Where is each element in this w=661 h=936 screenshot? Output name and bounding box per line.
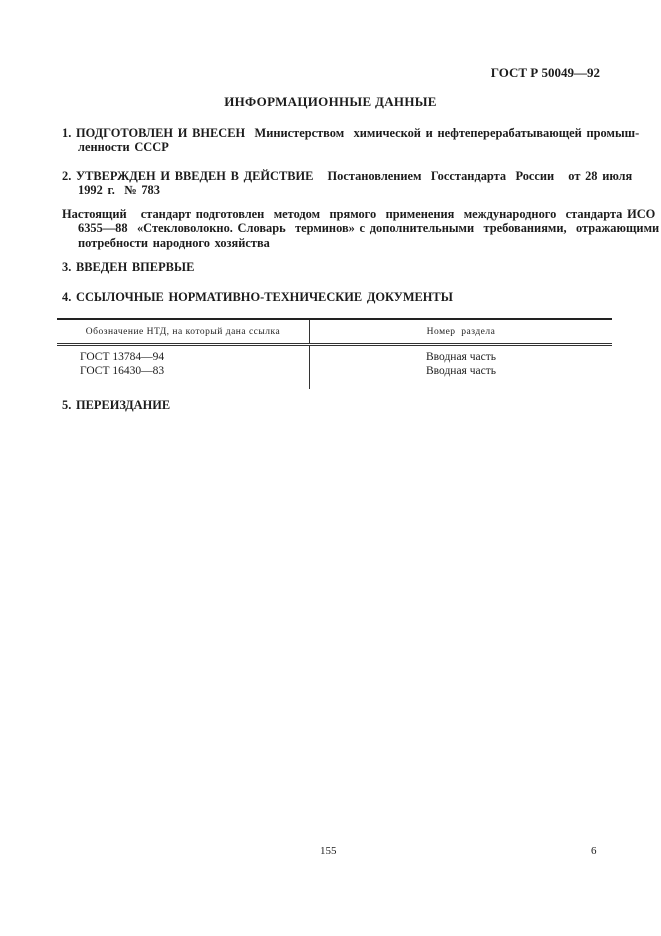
table-header-section: Номер раздела [310, 320, 612, 343]
item-3-introduced: 3. ВВЕДЕН ВПЕРВЫЕ [62, 260, 621, 274]
page-number: 155 [320, 845, 337, 857]
table-cell-ntd: ГОСТ 16430—83 [57, 364, 310, 378]
doc-code: ГОСТ Р 50049—92 [491, 65, 600, 81]
table-cell-ntd: ГОСТ 13784—94 [57, 346, 310, 364]
iso-note-line-3: потребности народного хозяйства [78, 236, 621, 250]
item-2-line-2: 1992 г. № 783 [78, 183, 621, 197]
table-spacer-row [57, 378, 612, 389]
sheet-number: 6 [591, 845, 597, 857]
table-header-row: Обозначение НТД, на который дана ссылка … [57, 320, 612, 346]
iso-note-line-2: 6355—88 «Стекловолокно. Словарь терминов… [78, 221, 621, 235]
table-spacer-cell [310, 378, 612, 389]
item-4-references-heading: 4. ССЫЛОЧНЫЕ НОРМАТИВНО-ТЕХНИЧЕСКИЕ ДОКУ… [62, 290, 621, 304]
document-page: ГОСТ Р 50049—92 ИНФОРМАЦИОННЫЕ ДАННЫЕ 1.… [0, 0, 661, 936]
iso-note-line-1: Настоящий стандарт подготовлен методом п… [62, 207, 621, 221]
item-1-prepared: 1. ПОДГОТОВЛЕН И ВНЕСЕН Министерством хи… [62, 126, 621, 155]
item-1-line-2: ленности СССР [78, 140, 621, 154]
table-row: ГОСТ 16430—83 Вводная часть [57, 364, 612, 378]
paragraph-iso-note: Настоящий стандарт подготовлен методом п… [62, 207, 621, 250]
table-header-designation: Обозначение НТД, на который дана ссылка [57, 320, 310, 343]
item-1-line-1: 1. ПОДГОТОВЛЕН И ВНЕСЕН Министерством хи… [62, 126, 621, 140]
item-5-reissue: 5. ПЕРЕИЗДАНИЕ [62, 398, 621, 412]
table-row: ГОСТ 13784—94 Вводная часть [57, 346, 612, 364]
item-2-line-1: 2. УТВЕРЖДЕН И ВВЕДЕН В ДЕЙСТВИЕ Постано… [62, 169, 621, 183]
item-4-line-1: 4. ССЫЛОЧНЫЕ НОРМАТИВНО-ТЕХНИЧЕСКИЕ ДОКУ… [62, 290, 621, 304]
table-spacer-cell [57, 378, 310, 389]
item-3-line-1: 3. ВВЕДЕН ВПЕРВЫЕ [62, 260, 621, 274]
item-2-approved: 2. УТВЕРЖДЕН И ВВЕДЕН В ДЕЙСТВИЕ Постано… [62, 169, 621, 198]
table-cell-section: Вводная часть [310, 346, 612, 364]
item-5-line-1: 5. ПЕРЕИЗДАНИЕ [62, 398, 621, 412]
references-table: Обозначение НТД, на который дана ссылка … [57, 318, 612, 389]
table-cell-section: Вводная часть [310, 364, 612, 378]
page-title: ИНФОРМАЦИОННЫЕ ДАННЫЕ [0, 94, 661, 110]
